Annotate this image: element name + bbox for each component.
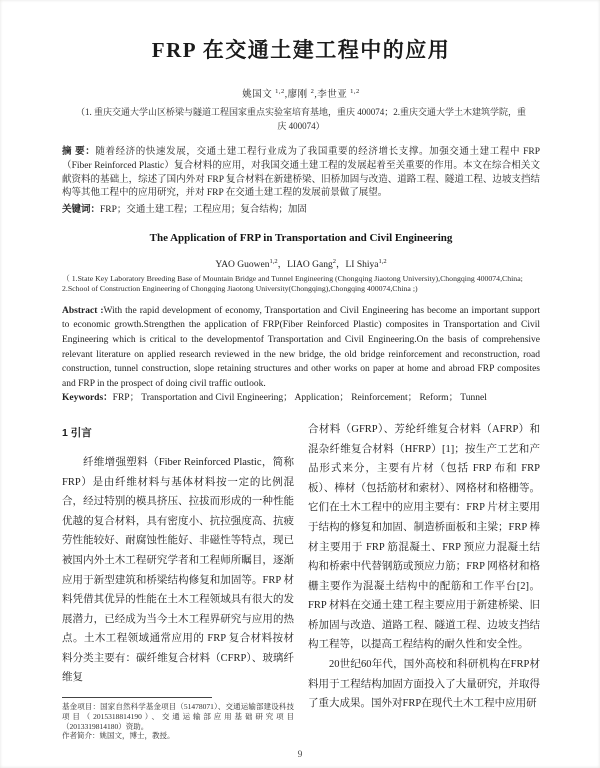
intro-paragraph-right: 合材料（GFRP）、芳纶纤维复合材料（AFRP）和混杂纤维复合材料（HFRP）[… bbox=[308, 420, 540, 655]
keywords-label-en: Keywords： bbox=[62, 393, 113, 403]
affiliation-en: （ 1.State Key Laboratory Breeding Base o… bbox=[62, 274, 540, 294]
author-superscript: 1,2 bbox=[350, 88, 360, 95]
intro-paragraph-left: 纤维增强塑料（Fiber Reinforced Plastic，简称FRP）是由… bbox=[62, 453, 294, 688]
right-column: 合材料（GFRP）、芳纶纤维复合材料（AFRP）和混杂纤维复合材料（HFRP）[… bbox=[308, 419, 540, 741]
author-name-en: ，LI Shiya bbox=[336, 260, 378, 270]
abstract-text-zh: 随着经济的快速发展，交通土建工程行业成为了我国重要的经济增长支撑。加强交通土建工… bbox=[62, 147, 540, 198]
two-column-body: 1 引言 纤维增强塑料（Fiber Reinforced Plastic，简称F… bbox=[62, 419, 540, 741]
history-paragraph: 20世纪60年代，国外高校和科研机构在FRP材料用于工程结构加固方面投入了大量研… bbox=[308, 655, 540, 714]
authors-line-zh: 姚国文 1,2,廖刚 2,李世亚 1,2 bbox=[62, 86, 540, 100]
affiliation-en-line1: （ 1.State Key Laboratory Breeding Base o… bbox=[62, 274, 540, 284]
author-superscript-en: 1,2 bbox=[269, 258, 277, 265]
keywords-zh: 关键词：FRP；交通土建工程；工程应用；复合结构；加固 bbox=[62, 203, 540, 217]
section-heading-introduction: 1 引言 bbox=[62, 425, 294, 440]
paper-title-en: The Application of FRP in Transportation… bbox=[62, 232, 540, 244]
affiliation-zh: （1. 重庆交通大学山区桥梁与隧道工程国家重点实验室培育基地，重庆 400074… bbox=[75, 105, 527, 133]
page-number: 9 bbox=[0, 750, 600, 760]
keywords-text-en: FRP； Transportation and Civil Engineerin… bbox=[113, 393, 487, 403]
footnote-funding: 基金项目：国家自然科学基金项目（51478071）、交通运输部建设科技项目（20… bbox=[62, 702, 294, 731]
abstract-zh: 摘 要：随着经济的快速发展，交通土建工程行业成为了我国重要的经济增长支撑。加强交… bbox=[62, 146, 540, 201]
authors-line-en: YAO Guowen1,2，LIAO Gang2，LI Shiya1,2 bbox=[62, 256, 540, 270]
author-name: ,廖刚 bbox=[285, 90, 311, 100]
keywords-label-zh: 关键词： bbox=[62, 205, 100, 215]
keywords-text-zh: FRP；交通土建工程；工程应用；复合结构；加固 bbox=[100, 205, 307, 215]
author-name-en: ，LIAO Gang bbox=[278, 260, 333, 270]
author-name: ,李世亚 bbox=[314, 90, 350, 100]
author-superscript: 1,2 bbox=[275, 88, 285, 95]
keywords-en: Keywords：FRP； Transportation and Civil E… bbox=[62, 391, 540, 406]
left-column: 1 引言 纤维增强塑料（Fiber Reinforced Plastic，简称F… bbox=[62, 419, 294, 741]
author-name-en: YAO Guowen bbox=[215, 260, 269, 270]
footnote-divider bbox=[62, 697, 212, 698]
author-name: 姚国文 bbox=[242, 90, 275, 100]
paper-title: FRP 在交通土建工程中的应用 bbox=[62, 34, 540, 64]
footnote-block: 基金项目：国家自然科学基金项目（51478071）、交通运输部建设科技项目（20… bbox=[62, 702, 294, 741]
affiliation-en-line2: 2.School of Construction Engineering of … bbox=[62, 284, 540, 294]
paper-page: FRP 在交通土建工程中的应用 姚国文 1,2,廖刚 2,李世亚 1,2 （1.… bbox=[0, 0, 600, 768]
abstract-text-en: With the rapid development of economy, T… bbox=[62, 306, 540, 389]
abstract-en: Abstract :With the rapid development of … bbox=[62, 304, 540, 392]
footnote-author-bio: 作者简介：姚国文，博士，教授。 bbox=[62, 731, 294, 741]
author-superscript-en: 1,2 bbox=[378, 258, 386, 265]
abstract-label-zh: 摘 要： bbox=[62, 147, 95, 157]
abstract-label-en: Abstract : bbox=[62, 306, 104, 316]
